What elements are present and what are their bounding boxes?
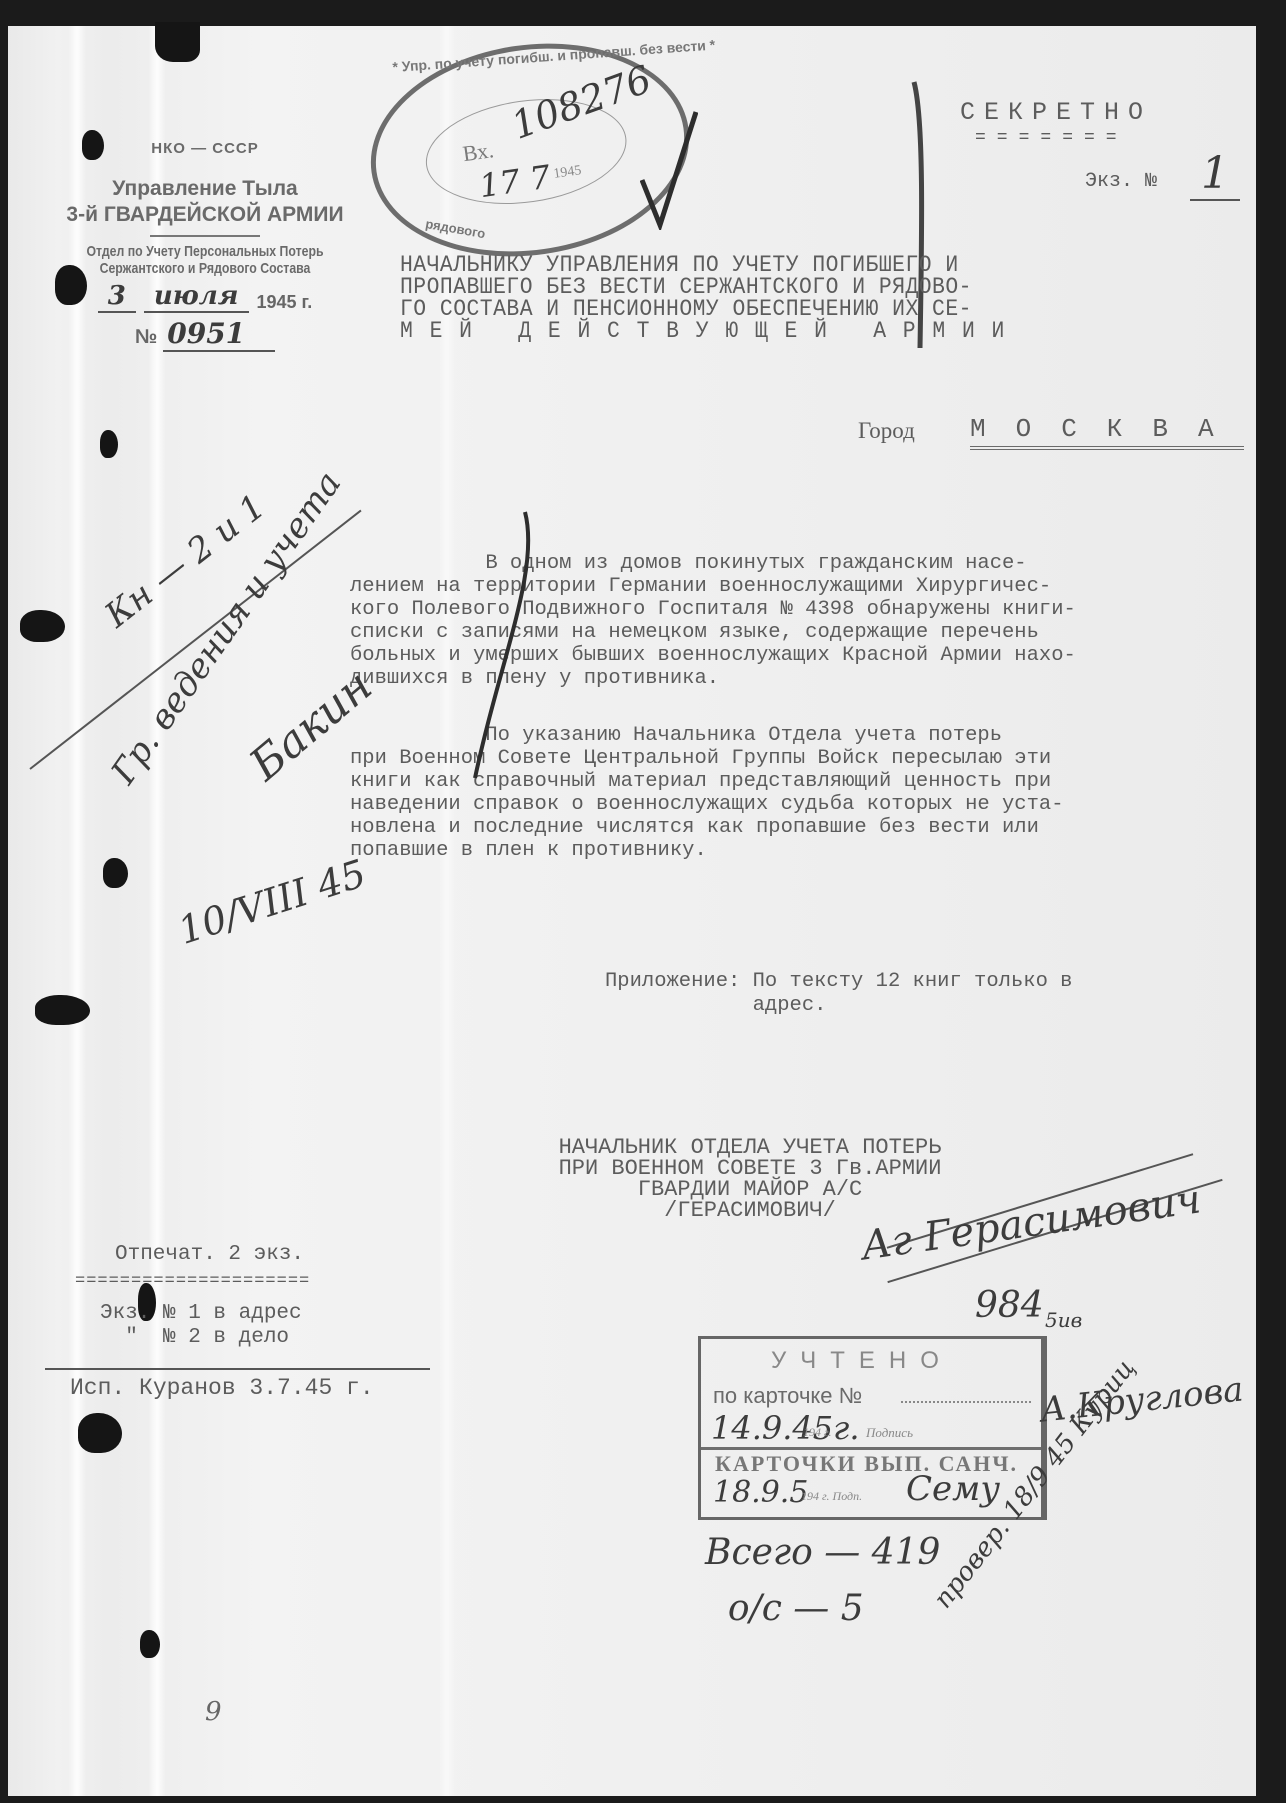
copies-distribution: Экз. № 1 в адрес " № 2 в дело [100, 1302, 302, 1350]
city-label: Город [858, 418, 915, 444]
registration-suffix: 5ив [1045, 1308, 1082, 1332]
addressee-block: НАЧАЛЬНИКУ УПРАВЛЕНИЯ ПО УЧЕТУ ПОГИБШЕГО… [400, 254, 1032, 342]
page-number: 9 [205, 1697, 222, 1727]
executor-line: Исп. Куранов 3.7.45 г. [70, 1375, 374, 1401]
punch-hole [20, 610, 65, 642]
number-label: № [135, 326, 157, 348]
checkmark-icon [640, 110, 698, 230]
footer-rule [45, 1368, 430, 1370]
addressee-line: МЕЙ ДЕЙСТВУЮЩЕЙ АРМИИ [400, 320, 1032, 342]
stamp-signature-2: Сему [906, 1469, 1000, 1509]
header-section-2: Сержантского и Рядового Состава [70, 260, 341, 277]
total-note: Всего — 419 о/с — 5 [705, 1525, 940, 1637]
total-count: Всего — 419 [705, 1532, 940, 1573]
stamp-ring-bottom: рядового [424, 216, 486, 241]
attachment-note: Приложение: По тексту 12 книг только в а… [605, 970, 1072, 1018]
stamp-signature-label: Подпись [866, 1425, 913, 1441]
stamp-dotted-field [901, 1401, 1031, 1403]
punch-hole [103, 858, 128, 888]
pen-stroke-mark [470, 510, 540, 780]
header-stamp: НКО — СССР Управление Тыла 3-й ГВАРДЕЙСК… [40, 140, 370, 350]
addressee-line: ПРОПАВШЕГО БЕЗ ВЕСТИ СЕРЖАНТСКОГО И РЯДО… [400, 276, 1032, 298]
punch-hole [78, 1413, 122, 1453]
stamp-date-1: 14.9.45г. [711, 1409, 859, 1447]
city-name: МОСКВА [970, 414, 1244, 450]
stamp-year-print: 194 г. [803, 1425, 832, 1440]
copy-number: 1 [1190, 148, 1240, 201]
registration-stamp: УЧТЕНО по карточке № 14.9.45г. 194 г. По… [698, 1336, 1047, 1520]
header-number: № 0951 [40, 317, 370, 350]
stamp-title: УЧТЕНО [771, 1347, 953, 1375]
copies-count: Отпечат. 2 экз. [115, 1243, 304, 1267]
signature-block: НАЧАЛЬНИК ОТДЕЛА УЧЕТА ПОТЕРЬ ПРИ ВОЕННО… [515, 1137, 985, 1221]
addressee-line: ГО СОСТАВА И ПЕНСИОННОМУ ОБЕСПЕЧЕНИЮ ИХ … [400, 298, 1032, 320]
header-date-day: 3 [98, 281, 136, 313]
header-date-year: 1945 г. [257, 292, 313, 313]
classification-underline: ======= [975, 128, 1128, 148]
punch-hole [140, 1630, 160, 1658]
tear-hole [155, 22, 200, 62]
stamp-vx-label: Вх. [461, 137, 495, 167]
header-army: 3-й ГВАРДЕЙСКОЙ АРМИИ [40, 203, 370, 227]
stamp-date-2: 18.9.5 [713, 1475, 808, 1510]
header-section: Отдел по Учету Персональных Потерь [70, 243, 341, 260]
header-org: НКО — СССР [40, 140, 370, 157]
registration-number: 984 [975, 1285, 1044, 1326]
punch-hole [35, 995, 90, 1025]
header-date: 3 июля 1945 г. [40, 281, 370, 313]
stamp-card-label: по карточке № [713, 1383, 862, 1409]
number-value: 0951 [163, 317, 275, 352]
punch-hole [100, 430, 118, 458]
copy-label: Экз. № [1085, 170, 1157, 193]
header-date-month: июля [144, 281, 249, 313]
classification-label: СЕКРЕТНО [960, 98, 1152, 127]
header-dept: Управление Тыла [40, 177, 370, 201]
os-count: о/с — 5 [728, 1588, 864, 1629]
copies-separator: ===================== [75, 1272, 310, 1291]
addressee-line: НАЧАЛЬНИКУ УПРАВЛЕНИЯ ПО УЧЕТУ ПОГИБШЕГО… [400, 254, 1032, 276]
stamp-year2-print: 194 г. Подп. [801, 1489, 862, 1504]
stamp-divider [701, 1447, 1041, 1450]
header-divider [150, 235, 260, 237]
